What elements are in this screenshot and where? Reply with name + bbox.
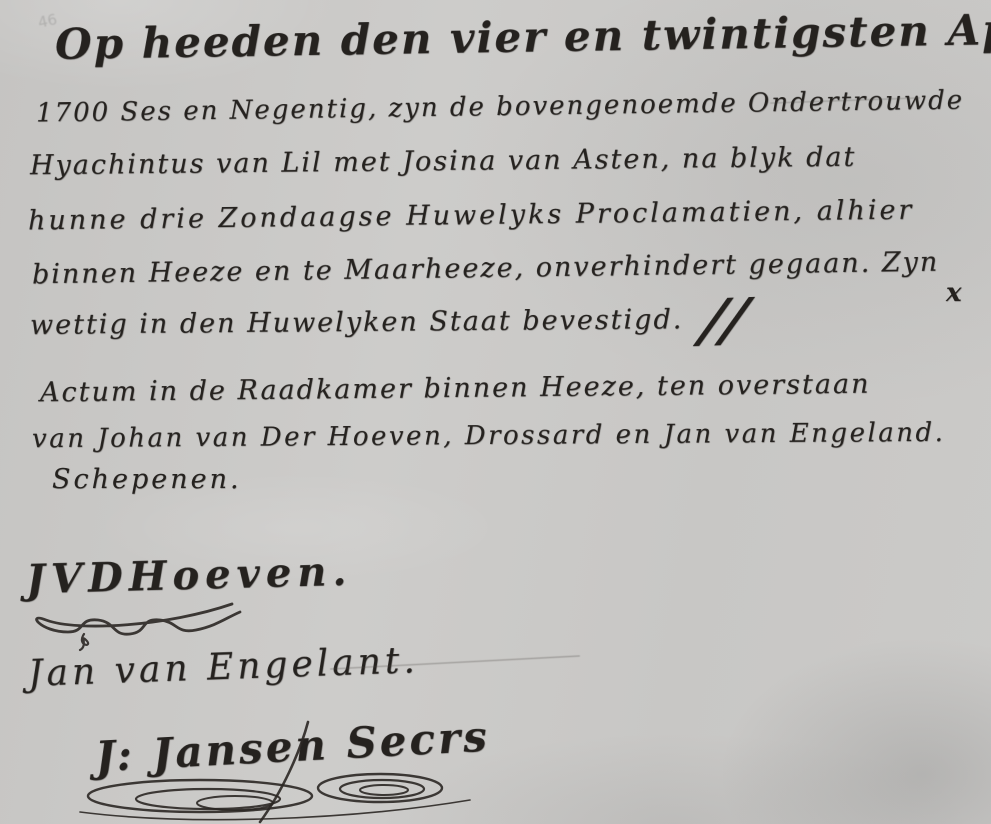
manuscript-line-5: binnen Heeze en te Maarheeze, onverhinde…: [32, 247, 940, 291]
manuscript-line-1: Op heeden den vier en twintigsten April: [55, 4, 991, 69]
manuscript-line-8: van Johan van Der Hoeven, Drossard en Ja…: [32, 418, 946, 454]
manuscript-line-3: Hyachintus van Lil met Josina van Asten,…: [30, 142, 857, 182]
double-slash-flourish: //: [696, 285, 753, 354]
signature-jvd-hoeven-flourish-icon: [18, 596, 248, 652]
manuscript-line-9: Schepenen.: [52, 464, 242, 495]
manuscript-page: 46 Op heeden den vier en twintigsten Apr…: [0, 0, 991, 824]
signature-jvd-hoeven: JVDHoeven.: [25, 548, 352, 604]
manuscript-line-4: hunne drie Zondaagse Huwelyks Proclamati…: [28, 195, 915, 237]
manuscript-line-7: Actum in de Raadkamer binnen Heeze, ten …: [40, 369, 871, 409]
margin-mark: x: [946, 278, 962, 308]
manuscript-line-6: wettig in den Huwelyken Staat bevestigd.: [30, 304, 684, 341]
signature-jansen-flourish-icon: [50, 762, 480, 824]
manuscript-line-2: 1700 Ses en Negentig, zyn de bovengenoem…: [36, 86, 964, 129]
